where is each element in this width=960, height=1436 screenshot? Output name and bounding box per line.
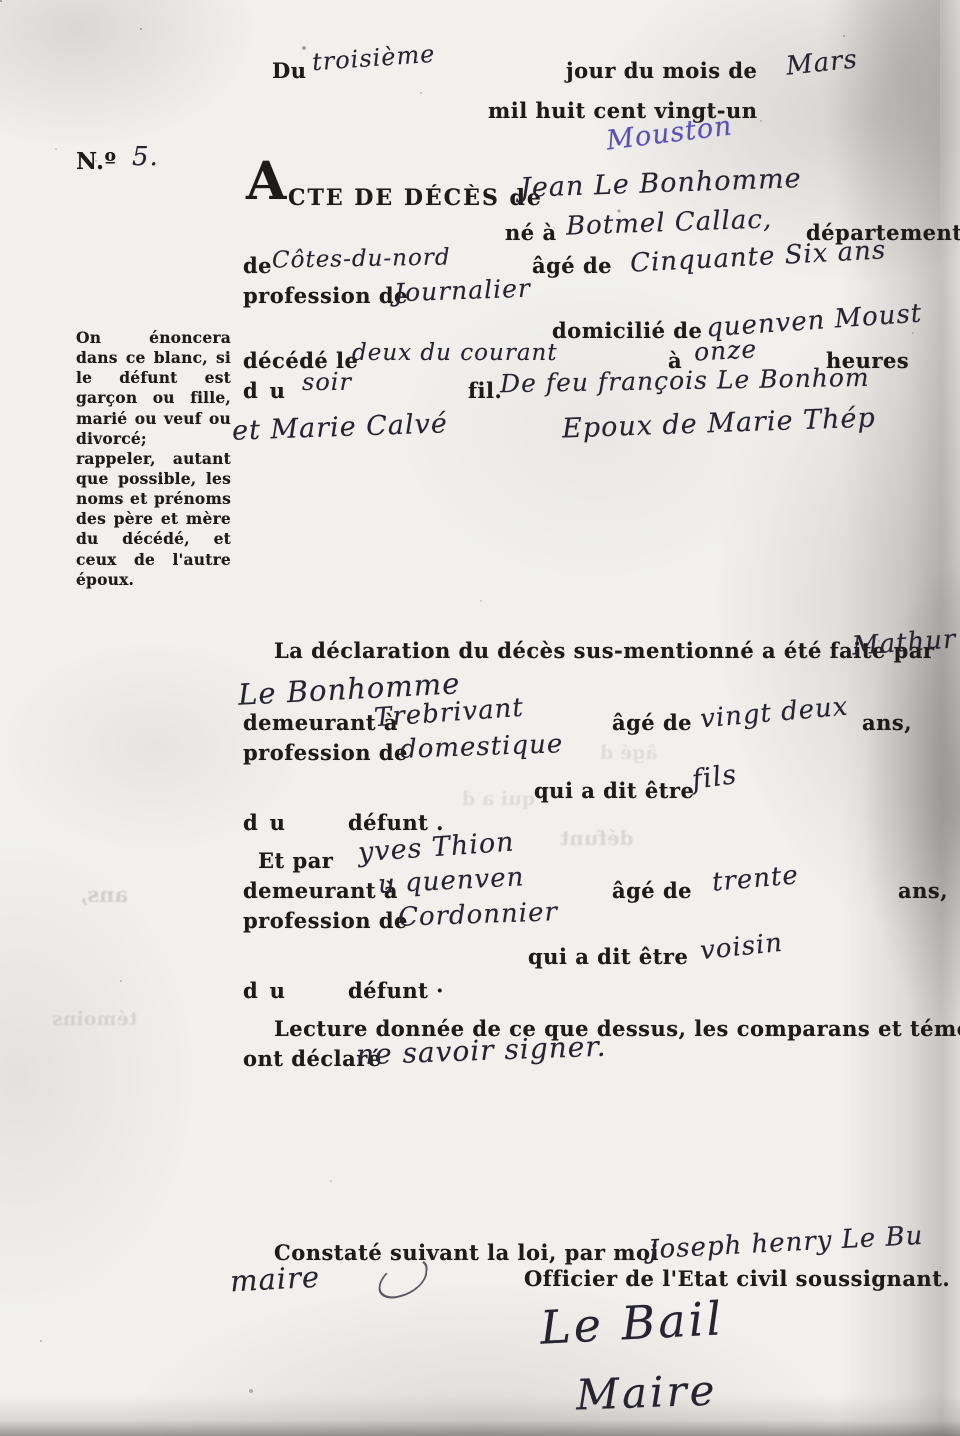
- declarant2-age-label: âgé de: [612, 878, 692, 903]
- bleedthrough-text: ans,: [80, 882, 128, 907]
- department-prefix: de: [243, 253, 272, 278]
- death-certificate-scan: ans, témoins défunt qui a d âgé d Du tro…: [0, 0, 960, 1436]
- declarant1-du-label: du: [243, 810, 297, 835]
- bleedthrough-text: qui a d: [462, 788, 535, 810]
- declarant2-relation-label: qui a dit être: [528, 944, 688, 969]
- father-name: De feu françois Le Bonhom: [500, 363, 870, 398]
- declarant1-profession: domestique: [400, 729, 564, 765]
- declarant1-defunt-label: défunt .: [348, 810, 444, 835]
- declarant2-du-label: du: [243, 978, 297, 1003]
- declarant1-relation-label: qui a dit être: [534, 778, 694, 803]
- declarant2-ans-label: ans,: [898, 878, 948, 903]
- title-rest: CTE DE DÉCÈS de: [288, 185, 543, 211]
- deceased-name: Jean Le Bonhomme: [520, 163, 803, 204]
- declaration-intro: La déclaration du décès sus-mentionné a …: [274, 638, 935, 663]
- time-of-day: soir: [302, 368, 352, 396]
- closing-line2: Officier de l'Etat civil soussignant.: [524, 1266, 950, 1291]
- mother-name: et Marie Calvé: [232, 408, 449, 447]
- declarant1-profession-label: profession de: [243, 740, 408, 765]
- declarant1-ans-label: ans,: [862, 710, 912, 735]
- declarant2-intro: Et par: [258, 848, 333, 873]
- death-hour: onze: [693, 334, 758, 366]
- age-label: âgé de: [532, 253, 612, 278]
- scan-shadow-bottom: [0, 1394, 960, 1436]
- spouse-name: Epoux de Marie Thép: [562, 403, 877, 445]
- officer-name: Joseph henry Le Bu: [647, 1221, 924, 1265]
- title-initial: A: [246, 162, 287, 202]
- domicile-label: domicilié de: [552, 318, 702, 343]
- mayor-signature-title: Maire: [575, 1366, 718, 1420]
- declarant2-defunt-label: défunt ·: [348, 978, 444, 1003]
- handwritten-day: troisième: [311, 40, 436, 77]
- declarant2-relation: voisin: [699, 928, 785, 967]
- age-value: Cinquante Six ans: [629, 235, 887, 278]
- fil-label: fil.: [468, 378, 502, 403]
- maire-handwritten: maire: [229, 1260, 321, 1299]
- printed-du-label: Du: [272, 58, 306, 83]
- declarant1-age: vingt deux: [699, 692, 850, 735]
- profession-value: Journalier: [394, 274, 532, 308]
- handwritten-month: Mars: [785, 44, 860, 81]
- department-value: Côtes-du-nord: [272, 244, 451, 273]
- margin-instruction-note: On énoncera dans ce blanc, si le défunt …: [76, 328, 231, 590]
- declarant1-relation: fils: [690, 759, 739, 796]
- declarant2-residence-label: demeurant à: [243, 878, 398, 903]
- mayor-signature: Le Bail: [539, 1291, 726, 1355]
- death-date: deux du courant: [352, 340, 558, 366]
- paper-specks: [0, 0, 2, 2]
- act-number-label: N.º: [76, 148, 117, 175]
- declarant1-name-end: Mathur: [851, 624, 957, 661]
- declarant2-profession-label: profession de: [243, 908, 408, 933]
- printed-month-line: jour du mois de: [566, 58, 757, 83]
- bleedthrough-text: âgé d: [600, 742, 658, 764]
- birthplace: Botmel Callac,: [566, 204, 773, 241]
- bleedthrough-text: témoins: [52, 1008, 137, 1030]
- bleedthrough-text: défunt: [560, 826, 634, 850]
- closing-line1: Constaté suivant la loi, par moi: [274, 1240, 659, 1265]
- declarant2-age: trente: [711, 860, 800, 897]
- du-label: du: [243, 378, 297, 403]
- act-number-value: 5.: [132, 142, 159, 172]
- declarant2-residence: u quenven: [377, 862, 525, 900]
- declarant1-age-label: âgé de: [612, 710, 692, 735]
- declarant2-profession: Cordonnier: [398, 897, 559, 933]
- born-label: né à: [505, 220, 557, 245]
- profession-label: profession de: [243, 283, 408, 308]
